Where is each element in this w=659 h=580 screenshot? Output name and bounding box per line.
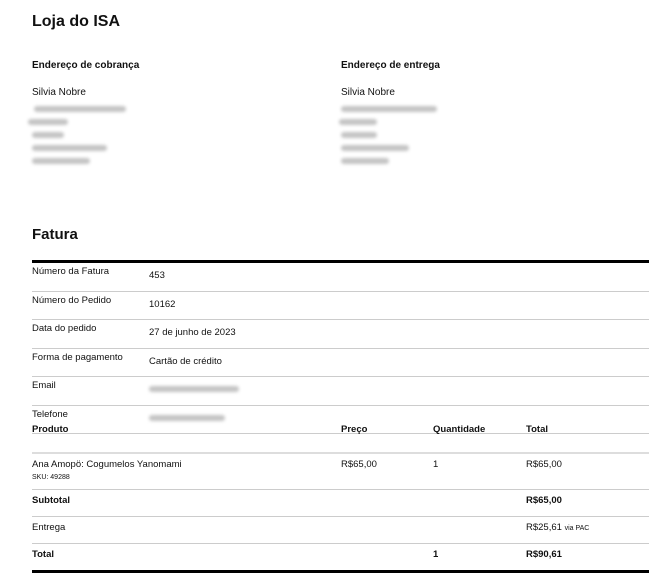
order-items-table: Produto Preço Quantidade Total Ana Amopö… [32,418,649,573]
redacted-line [341,106,437,112]
email-label: Email [32,377,149,406]
payment-method-label: Forma de pagamento [32,348,149,377]
redacted-email [149,386,239,392]
redacted-line [32,158,90,164]
table-row: Forma de pagamento Cartão de crédito [32,348,649,377]
shipping-row: Entrega R$25,61 via PAC [32,517,649,544]
table-row: Ana Amopö: Cogumelos Yanomami SKU: 49288… [32,453,649,490]
header-total: Total [526,418,649,453]
billing-heading: Endereço de cobrança [32,60,139,71]
redacted-line [341,145,409,151]
order-number-value: 10162 [149,291,649,320]
redacted-line [341,158,389,164]
product-cell: Ana Amopö: Cogumelos Yanomami SKU: 49288 [32,453,341,490]
product-total: R$65,00 [526,453,649,490]
table-header-row: Produto Preço Quantidade Total [32,418,649,453]
redacted-line [341,132,377,138]
subtotal-label: Subtotal [32,490,341,517]
store-title: Loja do ISA [32,13,120,31]
total-row: Total 1 R$90,61 [32,544,649,572]
product-price: R$65,00 [341,453,433,490]
header-product: Produto [32,418,341,453]
invoice-title: Fatura [32,226,78,243]
invoice-number-label: Número da Fatura [32,262,149,292]
email-value [149,377,649,406]
shipping-name: Silvia Nobre [341,87,440,99]
shipping-label: Entrega [32,517,341,544]
table-row: Data do pedido 27 de junho de 2023 [32,320,649,349]
redacted-line [34,106,126,112]
product-quantity: 1 [433,453,526,490]
redacted-line [32,145,107,151]
subtotal-value: R$65,00 [526,490,649,517]
table-row: Email [32,377,649,406]
redacted-line [28,119,68,125]
shipping-address: Endereço de entrega Silvia Nobre [341,60,440,171]
billing-address: Endereço de cobrança Silvia Nobre [32,60,139,171]
shipping-method: via PAC [565,525,590,532]
header-price: Preço [341,418,433,453]
product-sku: SKU: 49288 [32,474,341,481]
order-date-label: Data do pedido [32,320,149,349]
shipping-heading: Endereço de entrega [341,60,440,71]
table-row: Número da Fatura 453 [32,262,649,292]
invoice-number-value: 453 [149,262,649,292]
product-name: Ana Amopö: Cogumelos Yanomami [32,459,182,470]
table-row: Número do Pedido 10162 [32,291,649,320]
total-quantity: 1 [433,544,526,572]
shipping-value: R$25,61 [526,522,562,533]
total-value: R$90,61 [526,544,649,572]
invoice-details-table: Número da Fatura 453 Número do Pedido 10… [32,260,649,434]
header-quantity: Quantidade [433,418,526,453]
subtotal-row: Subtotal R$65,00 [32,490,649,517]
redacted-line [339,119,377,125]
payment-method-value: Cartão de crédito [149,348,649,377]
order-number-label: Número do Pedido [32,291,149,320]
order-date-value: 27 de junho de 2023 [149,320,649,349]
total-label: Total [32,544,341,572]
redacted-line [32,132,64,138]
billing-name: Silvia Nobre [32,87,139,99]
shipping-cell: R$25,61 via PAC [526,517,649,544]
